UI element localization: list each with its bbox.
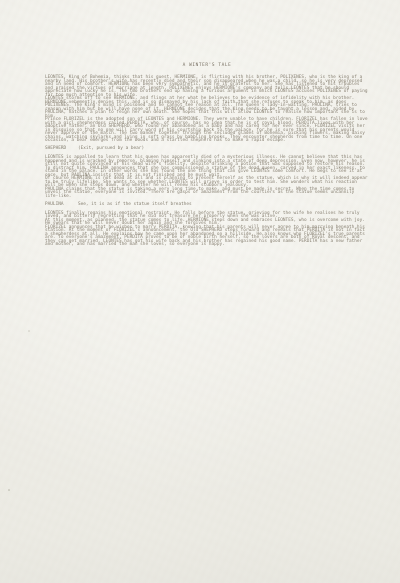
paragraph: PAULINA claims that the statue is taking… bbox=[45, 188, 369, 199]
paragraph-block-b: LEONTES is appalled to learn that his qu… bbox=[45, 156, 369, 198]
paragraph-block-c: LEONTES finally regains his emotional re… bbox=[45, 212, 369, 247]
paper-speck bbox=[28, 330, 30, 332]
speaker-label: SHEPHERD bbox=[45, 147, 78, 151]
quote-text: See, it is as if the statue itself breat… bbox=[78, 202, 192, 207]
paragraph: FLORIZEL announces that he wishes to mar… bbox=[45, 226, 369, 247]
speaker-label: PAULINA bbox=[45, 203, 78, 207]
stage-direction-text: (Exit, pursued by a bear) bbox=[78, 146, 144, 151]
paragraph: LEONTES storms off to see HERMIONE, and … bbox=[45, 97, 369, 118]
paragraph: Prince FLORIZEL is the adopted son of LE… bbox=[45, 118, 369, 143]
stage-direction-line: SHEPHERD(Exit, pursued by a bear) bbox=[45, 147, 369, 151]
paragraph: LEONTES, King of Bohemia, thinks that hi… bbox=[45, 76, 369, 97]
page-title: A WINTER'S TALE bbox=[45, 64, 369, 68]
paragraph: Of course HERMIONE is not dead at all an… bbox=[45, 177, 369, 188]
document-page: A WINTER'S TALE LEONTES, King of Bohemia… bbox=[0, 0, 400, 583]
quote-line: PAULINASee, it is as if the statue itsel… bbox=[45, 203, 369, 207]
typewritten-text-block: A WINTER'S TALE LEONTES, King of Bohemia… bbox=[45, 64, 369, 247]
paragraph-block-a: LEONTES, King of Bohemia, thinks that hi… bbox=[45, 76, 369, 143]
paper-speck bbox=[8, 489, 10, 491]
paragraph: LEONTES is appalled to learn that his qu… bbox=[45, 156, 369, 177]
